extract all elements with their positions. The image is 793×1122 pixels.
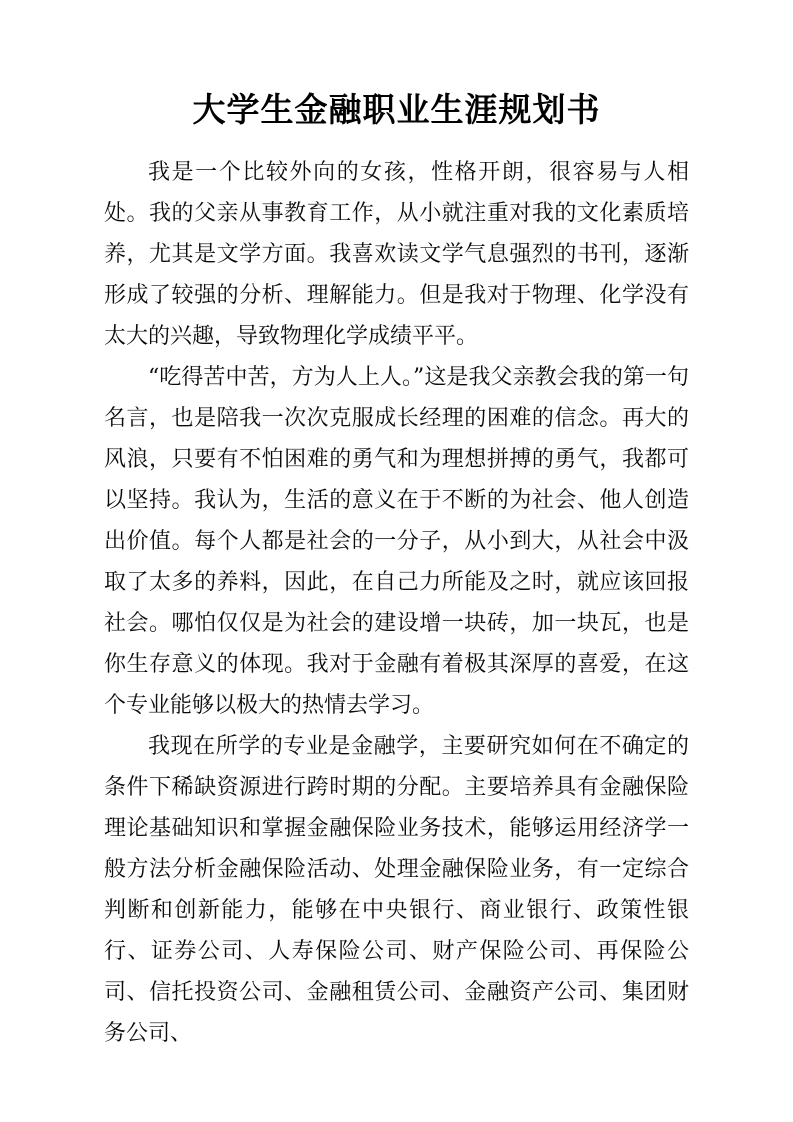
document-title: 大学生金融职业生涯规划书 <box>0 86 793 134</box>
document-page: 大学生金融职业生涯规划书 我是一个比较外向的女孩，性格开朗，很容易与人相处。我的… <box>0 0 793 1122</box>
paragraph-self-introduction: 我是一个比较外向的女孩，性格开朗，很容易与人相处。我的父亲从事教育工作，从小就注… <box>104 152 689 357</box>
paragraph-major-description: 我现在所学的专业是金融学，主要研究如何在不确定的条件下稀缺资源进行跨时期的分配。… <box>104 726 689 1054</box>
paragraph-life-belief: “吃得苦中苦，方为人上人。”这是我父亲教会我的第一句名言，也是陪我一次次克服成长… <box>104 357 689 726</box>
document-body: 我是一个比较外向的女孩，性格开朗，很容易与人相处。我的父亲从事教育工作，从小就注… <box>104 152 689 1054</box>
